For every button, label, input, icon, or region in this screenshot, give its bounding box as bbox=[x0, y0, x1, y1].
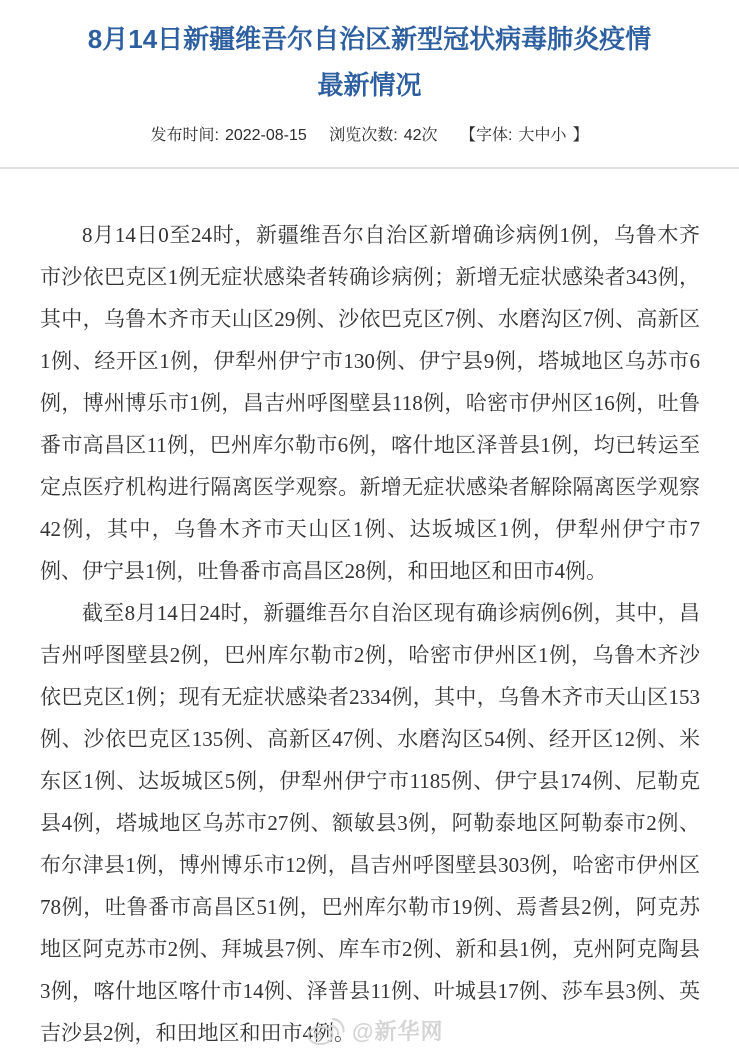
weibo-icon bbox=[306, 1014, 346, 1046]
publish-time-label: 发布时间: bbox=[151, 127, 219, 144]
article-page: 8月14日新疆维吾尔自治区新型冠状病毒肺炎疫情 最新情况 发布时间:2022-0… bbox=[0, 0, 739, 1059]
font-size-bracket-close: 】 bbox=[572, 127, 588, 144]
meta-bar: 发布时间:2022-08-15 浏览次数:42次 【字体:大中小】 bbox=[0, 122, 739, 145]
view-count: 浏览次数:42次 bbox=[329, 127, 437, 144]
view-count-value: 42次 bbox=[404, 127, 438, 144]
view-count-label: 浏览次数: bbox=[329, 127, 397, 144]
page-title: 8月14日新疆维吾尔自治区新型冠状病毒肺炎疫情 最新情况 bbox=[0, 0, 739, 108]
font-size-medium[interactable]: 中 bbox=[534, 127, 550, 144]
font-size-small[interactable]: 小 bbox=[550, 127, 566, 144]
watermark-text: @新华网 bbox=[352, 1015, 443, 1046]
publish-time-value: 2022-08-15 bbox=[225, 127, 307, 144]
paragraph-current-cases: 截至8月14日24时，新疆维吾尔自治区现有确诊病例6例，其中，昌吉州呼图壁县2例… bbox=[40, 592, 700, 1054]
font-size-widget: 【字体:大中小】 bbox=[460, 127, 589, 144]
font-size-large[interactable]: 大 bbox=[518, 127, 534, 144]
publish-time: 发布时间:2022-08-15 bbox=[151, 127, 307, 144]
page-title-line1: 8月14日新疆维吾尔自治区新型冠状病毒肺炎疫情 bbox=[0, 16, 739, 62]
article-body: 8月14日0至24时，新疆维吾尔自治区新增确诊病例1例，乌鲁木齐市沙依巴克区1例… bbox=[0, 169, 739, 1054]
page-title-line2: 最新情况 bbox=[0, 62, 739, 108]
watermark: @新华网 bbox=[306, 1014, 443, 1046]
font-size-label: 【字体: bbox=[460, 127, 512, 144]
paragraph-new-cases: 8月14日0至24时，新疆维吾尔自治区新增确诊病例1例，乌鲁木齐市沙依巴克区1例… bbox=[40, 214, 700, 592]
